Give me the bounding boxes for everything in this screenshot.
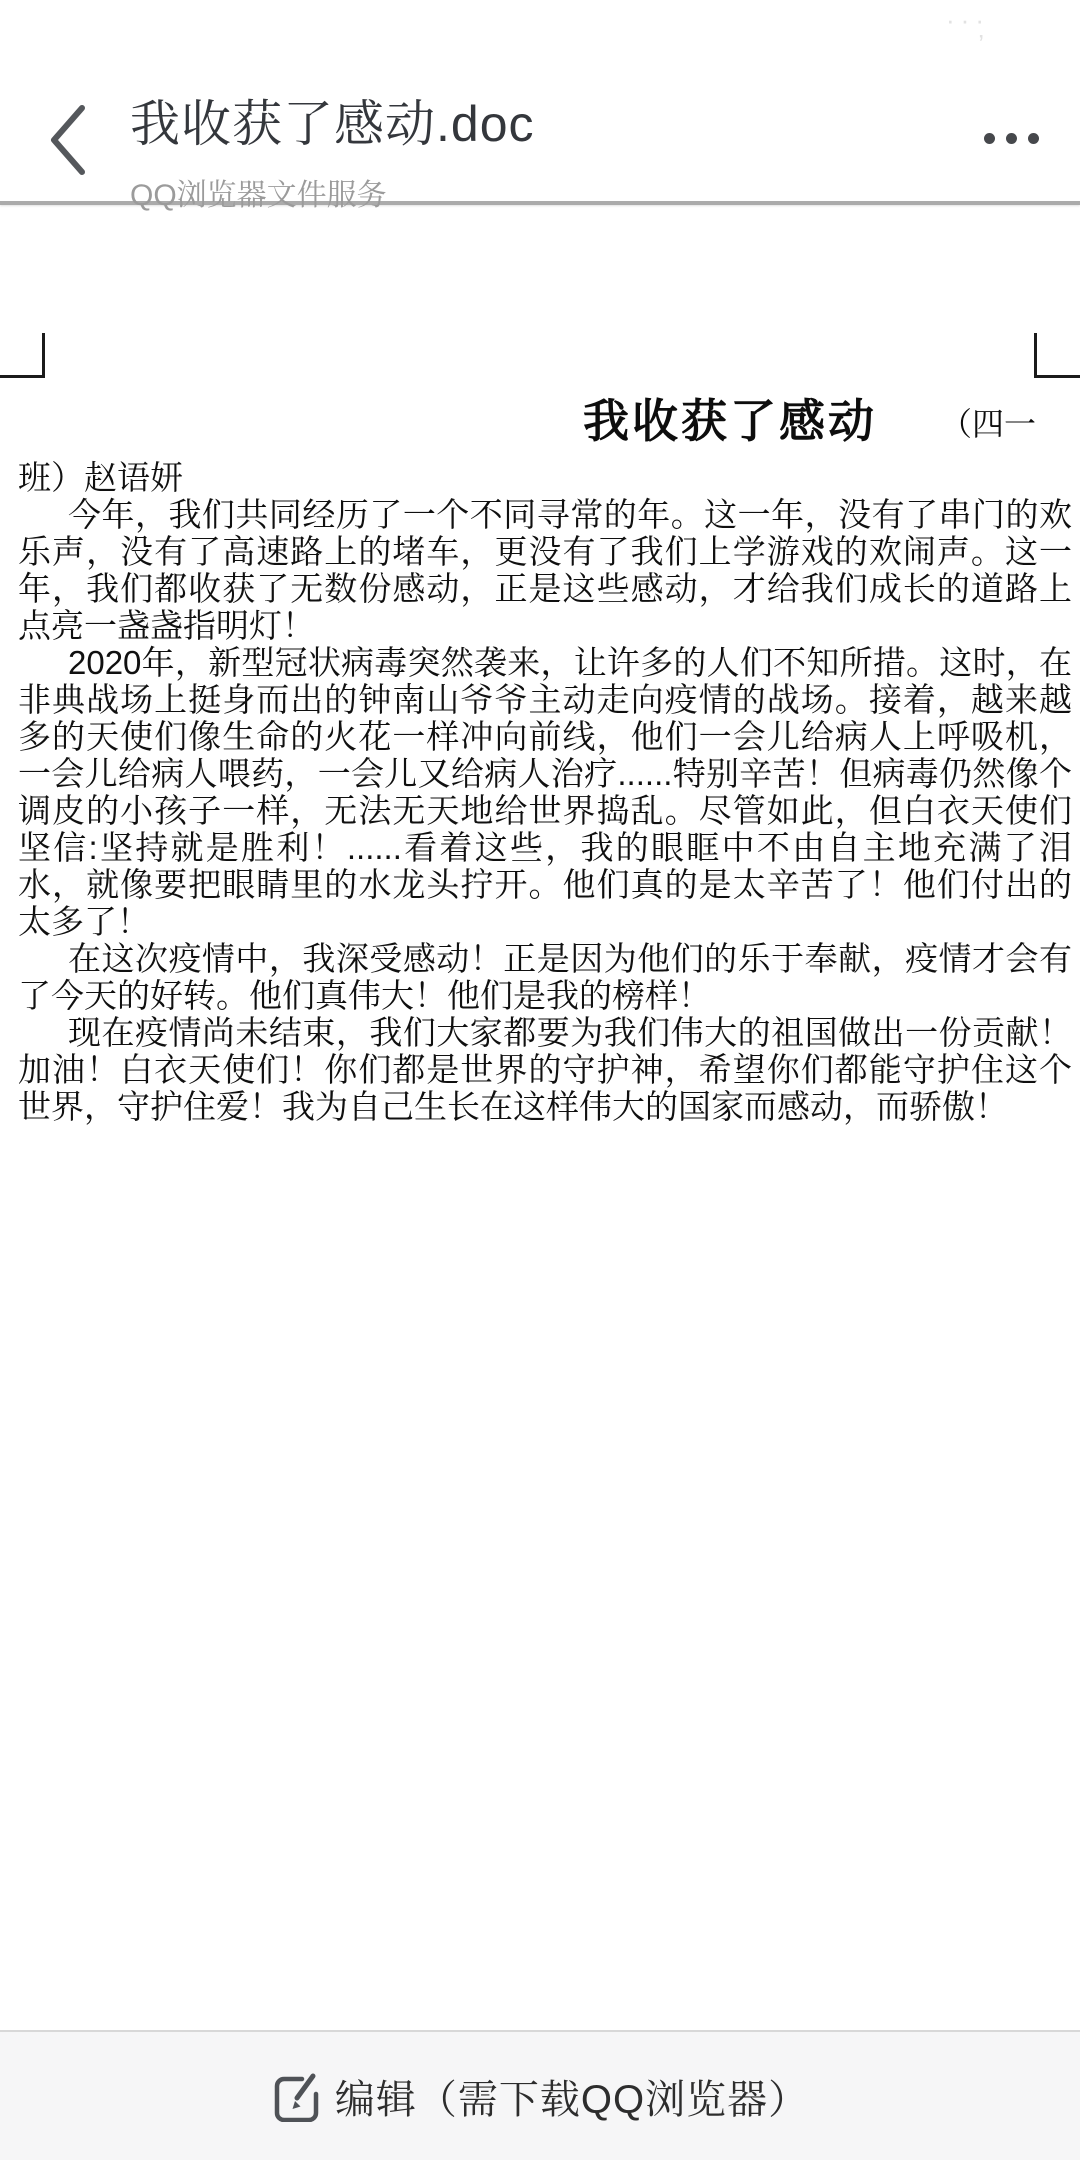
header-bar: 我收获了感动.doc QQ浏览器文件服务 ··· ’ <box>0 0 1080 205</box>
edit-bar[interactable]: 编辑（需下载QQ浏览器） <box>0 2030 1080 2160</box>
essay-class-prefix: （四一 <box>940 399 1036 445</box>
essay-paragraph: 今年，我们共同经历了一个不同寻常的年。这一年，没有了串门的欢乐声，没有了高速路上… <box>18 496 1072 644</box>
page-corner-mark-right <box>1034 333 1080 378</box>
document-content: 我收获了感动 （四一 班）赵语妍 今年，我们共同经历了一个不同寻常的年。这一年，… <box>18 385 1072 1125</box>
more-horizontal-icon <box>1006 133 1017 144</box>
essay-paragraph: 现在疫情尚未结束，我们大家都要为我们伟大的祖国做出一份贡献！加油！白衣天使们！你… <box>18 1014 1072 1125</box>
file-viewer-screen: 我收获了感动.doc QQ浏览器文件服务 ··· ’ 我收获了感动 （四一 班）… <box>0 0 1080 2160</box>
more-horizontal-icon <box>1028 133 1039 144</box>
more-horizontal-icon <box>984 133 995 144</box>
page-corner-mark-left <box>0 333 45 378</box>
essay-title-line: 我收获了感动 （四一 <box>18 385 1072 459</box>
essay-paragraph: 在这次疫情中，我深受感动！正是因为他们的乐于奉献，疫情才会有了今天的好转。他们真… <box>18 940 1072 1014</box>
header-text-block: 我收获了感动.doc QQ浏览器文件服务 <box>130 84 535 214</box>
edit-icon <box>271 2070 321 2122</box>
back-button[interactable] <box>44 100 92 180</box>
essay-title: 我收获了感动 <box>583 385 877 451</box>
edit-label: 编辑（需下载QQ浏览器） <box>335 2068 809 2125</box>
chevron-left-icon <box>44 100 92 180</box>
file-title: 我收获了感动.doc <box>130 84 535 156</box>
essay-paragraph: 2020年，新型冠状病毒突然袭来，让许多的人们不知所措。这时，在非典战场上挺身而… <box>18 644 1072 940</box>
essay-byline: 班）赵语妍 <box>18 459 1072 496</box>
render-artifact: ··· ’ <box>880 8 990 78</box>
more-menu-button[interactable] <box>966 110 1056 166</box>
file-service-subtitle: QQ浏览器文件服务 <box>130 170 535 214</box>
